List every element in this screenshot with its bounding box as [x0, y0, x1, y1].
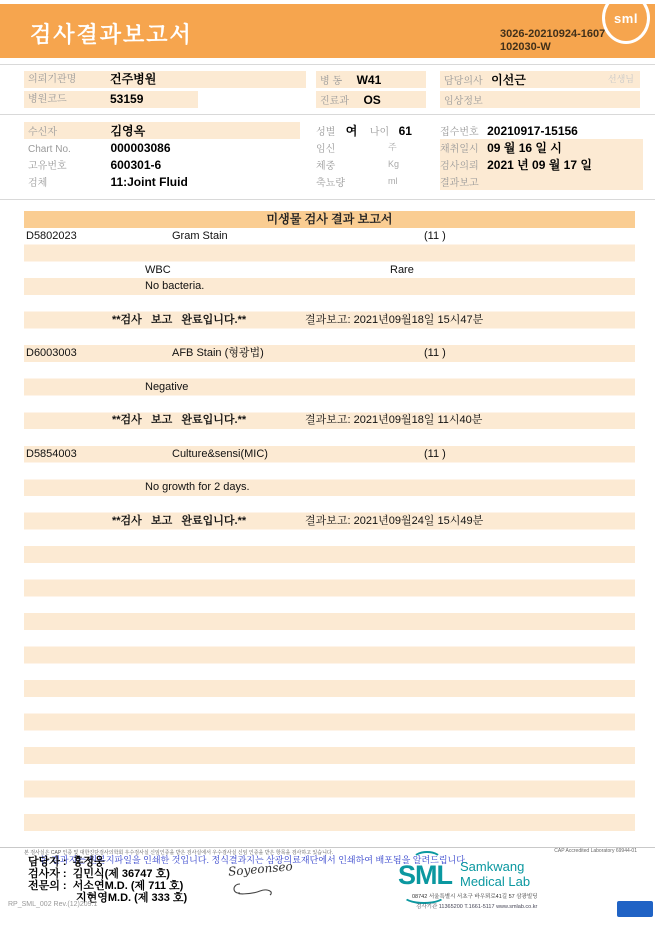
divider	[0, 199, 655, 200]
field-value-chart-no: 000003086	[110, 141, 170, 155]
field-label-collection-date: 채취일시	[440, 144, 479, 155]
field-value-department: OS	[353, 93, 380, 107]
field-label-age: 나이	[362, 127, 389, 138]
result-row: No growth for 2 days.	[24, 479, 635, 496]
report-complete-datetime: 결과보고: 2021년09월18일 15시47분	[305, 312, 483, 329]
test-specimen-code: (11 )	[424, 446, 446, 463]
document-code: RP_SML_002 Rev.(12)209.1	[8, 901, 97, 908]
field-order-date: 검사의뢰 2021 년 09 월 17 일	[440, 156, 643, 173]
field-chart-no: Chart No. 000003086	[24, 139, 300, 156]
field-value-hospital-code: 53159	[104, 91, 198, 108]
cap-accreditation-text: CAP Accredited Laboratory 69944-01	[554, 848, 637, 854]
result-row: D5854003Culture&sensi(MIC)(11 )	[24, 446, 635, 463]
field-unit-weight: Kg	[388, 156, 399, 173]
lab-name: Samkwang Medical Lab	[460, 859, 530, 889]
result-row: **검사 보고 완료입니다.**결과보고: 2021년09월18일 15시47분	[24, 312, 635, 329]
section-title: 미생물 검사 결과 보고서	[24, 211, 635, 228]
report-number-line1: 3026-20210924-1607	[500, 28, 605, 41]
field-weight: 체중 Kg	[316, 156, 431, 173]
report-complete-label: **검사 보고 완료입니다.**	[112, 312, 246, 329]
sml-circle-logo-text: sml	[605, 11, 647, 26]
field-label-institution: 의뢰기관명	[24, 71, 106, 88]
test-name: AFB Stain (형광법)	[172, 345, 264, 362]
report-complete-datetime: 결과보고: 2021년09월18일 11시40분	[305, 412, 482, 429]
field-label-accession-no: 접수번호	[440, 127, 479, 138]
field-label-report-date: 결과보고	[440, 178, 479, 189]
page-title: 검사결과보고서	[30, 18, 193, 49]
lab-name-line2: Medical Lab	[460, 874, 530, 889]
result-text: Negative	[145, 379, 188, 396]
field-value-age: 61	[394, 124, 412, 138]
lab-name-line1: Samkwang	[460, 859, 530, 874]
field-label-clinical-info: 임상정보	[440, 96, 483, 107]
field-ward: 병 동 W41	[316, 71, 426, 88]
test-code: D5854003	[26, 446, 77, 463]
field-value-institution: 건주병원	[104, 71, 306, 88]
field-label-order-date: 검사의뢰	[440, 161, 479, 172]
field-value-ward: W41	[347, 73, 382, 87]
test-code: D6003003	[26, 345, 77, 362]
result-row: **검사 보고 완료입니다.**결과보고: 2021년09월24일 15시49분	[24, 513, 635, 530]
field-pregnancy: 임신 주	[316, 139, 431, 156]
field-specimen: 검체 11:Joint Fluid	[24, 173, 300, 190]
result-text: No growth for 2 days.	[145, 479, 250, 496]
field-collection-date: 채취일시 09 월 16 일 시	[440, 139, 643, 156]
field-label-hospital-code: 병원코드	[24, 91, 106, 108]
field-label-sex: 성별	[316, 127, 335, 138]
field-value-collection-date: 09 월 16 일 시	[483, 141, 562, 155]
report-number-line2: 102030-W	[500, 41, 605, 54]
field-value-unique-no: 600301-6	[110, 158, 161, 172]
test-name: Culture&sensi(MIC)	[172, 446, 268, 463]
result-row: Negative	[24, 379, 635, 396]
header-banner: 검사결과보고서 3026-20210924-1607 102030-W sml	[0, 4, 655, 58]
field-department: 진료과 OS	[316, 91, 426, 108]
field-sex-age: 성별 여 나이 61	[316, 122, 431, 139]
test-name: Gram Stain	[172, 228, 228, 245]
lab-contact: 검사기관 11365200 T.1661-5117 www.smlab.co.k…	[416, 902, 537, 910]
report-number: 3026-20210924-1607 102030-W	[500, 28, 605, 54]
field-value-specimen: 11:Joint Fluid	[110, 175, 187, 189]
report-complete-label: **검사 보고 완료입니다.**	[112, 513, 246, 530]
accreditation-badge	[617, 901, 653, 917]
field-urine-volume: 축뇨량 ml	[316, 173, 431, 190]
result-row: **검사 보고 완료입니다.**결과보고: 2021년09월18일 11시40분	[24, 412, 635, 429]
field-report-date: 결과보고	[440, 173, 643, 190]
field-value-order-date: 2021 년 09 월 17 일	[483, 158, 592, 172]
field-recipient: 수신자 김영옥	[24, 122, 300, 139]
field-accession-no: 접수번호 20210917-15156	[440, 122, 643, 139]
result-row: D6003003AFB Stain (형광법)(11 )	[24, 345, 635, 362]
divider	[0, 114, 655, 115]
lab-address: 08742 서울특별시 서초구 바우뫼로41길 57 삼광빌딩	[412, 892, 538, 900]
field-label-pregnancy: 임신	[316, 144, 335, 155]
field-label-ward: 병 동	[316, 76, 342, 87]
field-value-report-date	[479, 175, 483, 189]
test-specimen-code: (11 )	[424, 345, 446, 362]
results-rows: D5802023Gram Stain(11 )WBCRareNo bacteri…	[24, 228, 635, 847]
test-code: D5802023	[26, 228, 77, 245]
result-row: WBCRare	[24, 262, 635, 279]
signature-scribble-icon	[230, 880, 276, 898]
sml-circle-logo-icon: sml	[602, 0, 650, 44]
report-complete-datetime: 결과보고: 2021년09월24일 15시49분	[305, 513, 483, 530]
field-value-recipient: 김영옥	[110, 124, 145, 138]
lab-report-page: 검사결과보고서 3026-20210924-1607 102030-W sml …	[0, 0, 655, 925]
doctor-honorific: 선생님	[608, 71, 634, 88]
test-specimen-code: (11 )	[424, 228, 446, 245]
result-row: No bacteria.	[24, 278, 635, 295]
field-label-specimen: 검체	[24, 175, 106, 192]
field-label-weight: 체중	[316, 161, 335, 172]
report-complete-label: **검사 보고 완료입니다.**	[112, 412, 246, 429]
field-label-urine-volume: 축뇨량	[316, 178, 345, 189]
field-label-doctor: 담당의사	[440, 76, 483, 87]
result-row: D5802023Gram Stain(11 )	[24, 228, 635, 245]
result-item-value: Rare	[390, 262, 414, 279]
field-unit-pregnancy: 주	[388, 139, 397, 156]
field-unit-urine-volume: ml	[388, 173, 398, 190]
field-clinical-info: 임상정보	[440, 91, 640, 108]
field-value-accession-no: 20210917-15156	[483, 124, 578, 138]
field-value-sex: 여	[340, 124, 358, 138]
result-text: No bacteria.	[145, 278, 204, 295]
result-item-name: WBC	[145, 262, 171, 279]
field-doctor: 담당의사 이선근 선생님	[440, 71, 640, 88]
divider	[0, 64, 655, 65]
field-unique-no: 고유번호 600301-6	[24, 156, 300, 173]
field-label-department: 진료과	[316, 96, 349, 107]
field-value-doctor: 이선근	[487, 73, 526, 87]
